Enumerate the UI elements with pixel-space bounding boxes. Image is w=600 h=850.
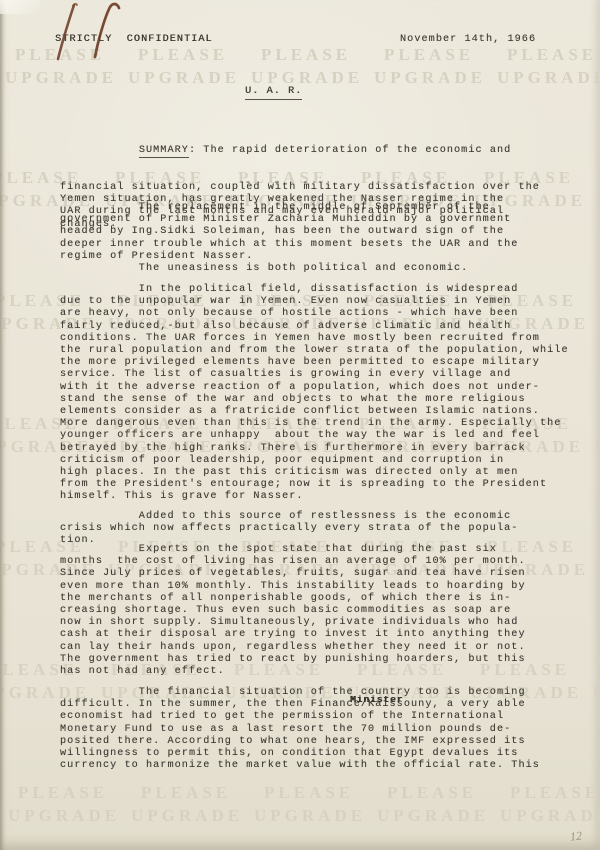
typed-line: betrayed by the high ranks. There is fur… [60,443,569,455]
typed-line: fairly reduced,-but also because of adve… [60,321,569,333]
typed-line: conditions. The UAR forces in Yemen have… [60,333,569,345]
typed-line: Since July prices of vegetables, fruits,… [60,568,526,580]
typed-line: has not had any effect. [60,666,526,678]
paragraph-replacement-government: The replacement in the middle of Septemb… [60,202,518,263]
typed-line: The replacement in the middle of Septemb… [60,202,518,214]
typed-line: service. The list of casualties is growi… [60,369,569,381]
typed-line: Experts on the spot state that during th… [60,544,526,556]
typed-line: high places. In the past this criticism … [60,467,569,479]
typed-line: stand the sense of the war and objects t… [60,394,569,406]
typed-line: with it the adverse reaction of a popula… [60,382,569,394]
scan-left-edge [0,0,6,850]
summary-indent [60,145,139,156]
typed-line: willingness to permit this, on condition… [60,748,540,760]
typed-line: the more privileged elements have been p… [60,357,569,369]
paragraph-economic-crisis: Added to this source of restlessness is … [60,511,518,548]
typed-text-layer: STRICTLY CONFIDENTIAL November 14th, 196… [0,0,600,850]
section-separator: - - - [245,178,309,190]
typed-line: difficult. In the summer, the then Finan… [60,699,540,711]
typed-line: months the cost of living has risen an a… [60,556,526,568]
paragraph-financial-situation: The financial situation of the country t… [60,687,540,772]
typed-line: The government has tried to react by pun… [60,654,526,666]
typed-line: currency to harmonize the market value w… [60,760,540,772]
typed-line: headed by Ing.Sidki Soleiman, has been t… [60,226,518,238]
paragraph-political-field: In the political field, dissatisfaction … [60,284,569,504]
typed-line: cash at their disposal are trying to inv… [60,629,526,641]
typed-line: deeper inner trouble which at this momen… [60,239,518,251]
typed-line: from the President's entourage; now it i… [60,479,569,491]
typed-line: are heavy, not only because of hostile a… [60,308,569,320]
typed-line: The financial situation of the country t… [60,687,540,699]
typed-line: younger officers are unhappy about the w… [60,430,569,442]
typed-line: regime of President Nasser. [60,251,518,263]
paragraph-uneasiness: The uneasiness is both political and eco… [60,263,468,275]
typed-line: economist had tried to get the permissio… [60,711,540,723]
typed-line: elements consider as a fratricide confli… [60,406,569,418]
typed-line: crisis which now affects practically eve… [60,523,518,535]
typed-line: government of Prime Minister Zacharia Mu… [60,214,518,226]
typed-line: due to the unpopular war in Yemen. Even … [60,296,569,308]
handwritten-page-mark: 12 [569,828,583,844]
typed-line: SUMMARY: The rapid deterioration of the … [60,145,540,157]
summary-label: SUMMARY [139,145,189,158]
summary-first-line-text: : The rapid deterioration of the economi… [189,145,511,156]
typed-line: In the political field, dissatisfaction … [60,284,569,296]
handwritten-pen-strokes-icon [0,0,140,70]
typed-line: the rural population and from the lower … [60,345,569,357]
typed-line: now in short supply. Simultaneously, pri… [60,617,526,629]
typed-line: himself. This is grave for Nasser. [60,491,569,503]
typed-line: posited there. According to what one hea… [60,736,540,748]
typed-line: the merchants of all nonperishable goods… [60,593,526,605]
document-title: U. A. R. [245,86,302,100]
typed-line: The uneasiness is both political and eco… [60,263,468,275]
typed-line: criticism of poor leadership, poor equip… [60,455,569,467]
typed-line: Added to this source of restlessness is … [60,511,518,523]
typed-line: More dangerous even than this is the tre… [60,418,569,430]
scanned-document-page: PLEASEPLEASEPLEASEPLEASEPLEASEPLEASEUPGR… [0,0,600,850]
typed-line: Monetary Fund to use as a last resort th… [60,724,540,736]
paragraph-cost-of-living: Experts on the spot state that during th… [60,544,526,678]
typed-line: can lay their hands upon, regardless whe… [60,642,526,654]
typed-line: even more than 10% monthly. This instabi… [60,581,526,593]
typed-insertion-minister: Minister [350,694,403,706]
document-date: November 14th, 1966 [400,34,536,46]
typed-line: creasing shortage. Thus even such basic … [60,605,526,617]
